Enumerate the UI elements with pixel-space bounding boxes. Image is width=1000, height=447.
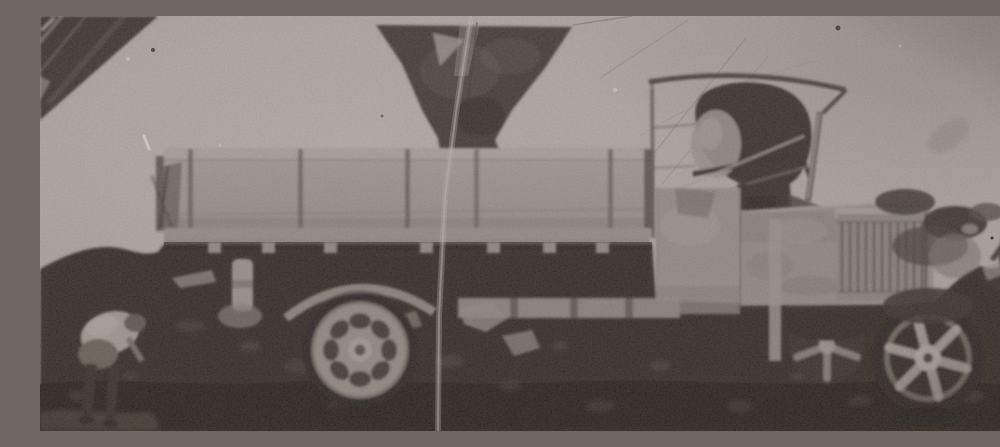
film-grain-dark — [40, 16, 1000, 431]
vintage-truck-photograph: Faded black-and-white photograph of an e… — [40, 16, 1000, 431]
photo-canvas — [40, 16, 1000, 431]
